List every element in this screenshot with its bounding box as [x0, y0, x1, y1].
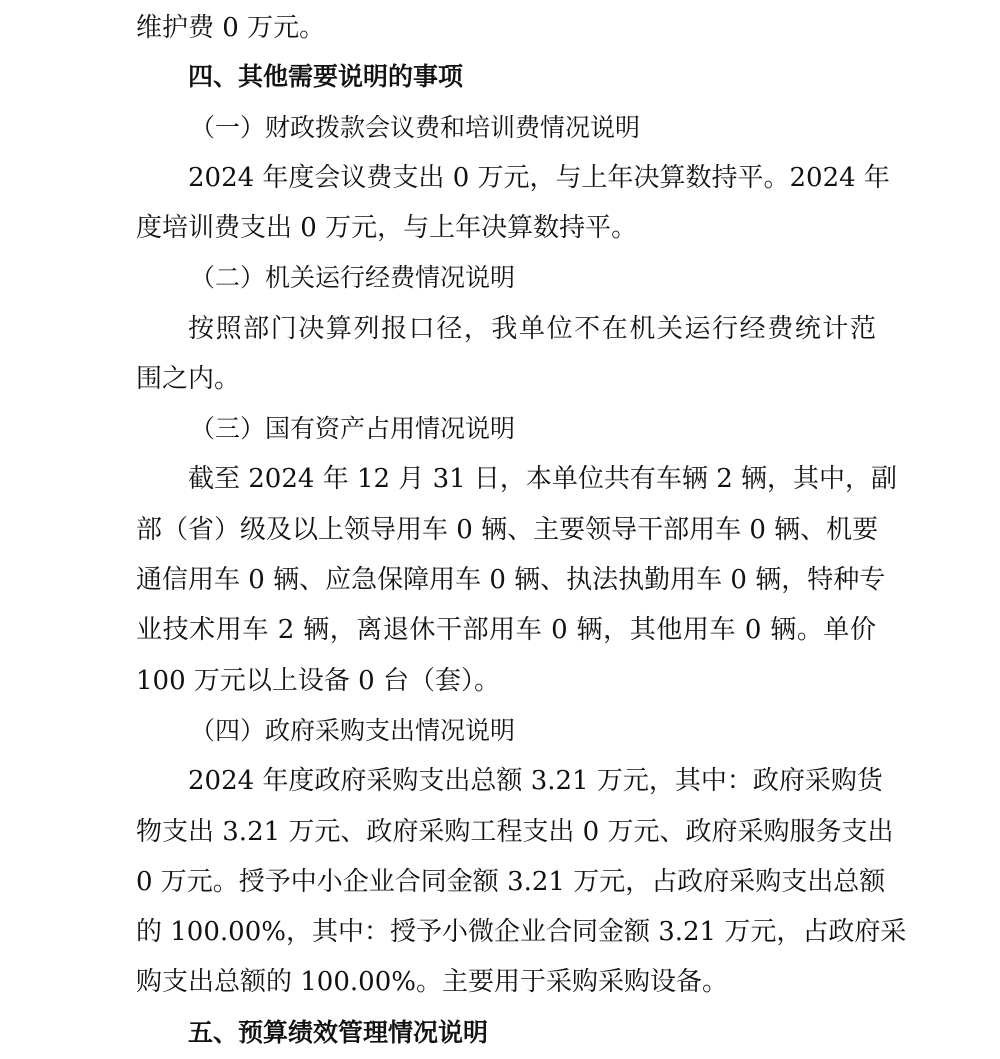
subsection-heading-operating-expenses: （二）机关运行经费情况说明	[190, 258, 930, 298]
paragraph-line: 围之内。	[136, 359, 876, 399]
section-heading-performance-management: 五、预算绩效管理情况说明	[188, 1013, 928, 1053]
paragraph-line: 的 100.00%，其中：授予小微企业合同金额 3.21 万元，占政府采	[136, 912, 876, 952]
paragraph-line: 通信用车 0 辆、应急保障用车 0 辆、执法执勤用车 0 辆，特种专	[136, 560, 876, 600]
subsection-heading-meeting-training-fees: （一）财政拨款会议费和培训费情况说明	[190, 108, 930, 148]
paragraph-line: 0 万元。授予中小企业合同金额 3.21 万元，占政府采购支出总额	[136, 862, 876, 902]
paragraph-line: 100 万元以上设备 0 台（套）。	[136, 661, 876, 701]
paragraph-line: 按照部门决算列报口径，我单位不在机关运行经费统计范	[188, 309, 876, 349]
paragraph-line: 购支出总额的 100.00%。主要用于采购采购设备。	[136, 962, 876, 1002]
paragraph-line: 部（省）级及以上领导用车 0 辆、主要领导干部用车 0 辆、机要	[136, 510, 876, 550]
paragraph-line: 物支出 3.21 万元、政府采购工程支出 0 万元、政府采购服务支出	[136, 812, 876, 852]
paragraph-line: 维护费 0 万元。	[136, 8, 876, 48]
paragraph-line: 业技术用车 2 辆，离退休干部用车 0 辆，其他用车 0 辆。单价	[136, 610, 876, 650]
paragraph-line: 截至 2024 年 12 月 31 日，本单位共有车辆 2 辆，其中，副	[188, 459, 876, 499]
subsection-heading-state-assets: （三）国有资产占用情况说明	[190, 409, 930, 449]
document-page: 维护费 0 万元。 四、其他需要说明的事项 （一）财政拨款会议费和培训费情况说明…	[0, 0, 1000, 1059]
subsection-heading-government-procurement: （四）政府采购支出情况说明	[190, 711, 930, 751]
paragraph-line: 度培训费支出 0 万元，与上年决算数持平。	[136, 208, 876, 248]
paragraph-line: 2024 年度会议费支出 0 万元，与上年决算数持平。2024 年	[188, 158, 876, 198]
paragraph-line: 2024 年度政府采购支出总额 3.21 万元，其中：政府采购货	[188, 761, 876, 801]
section-heading-other-matters: 四、其他需要说明的事项	[188, 57, 928, 97]
